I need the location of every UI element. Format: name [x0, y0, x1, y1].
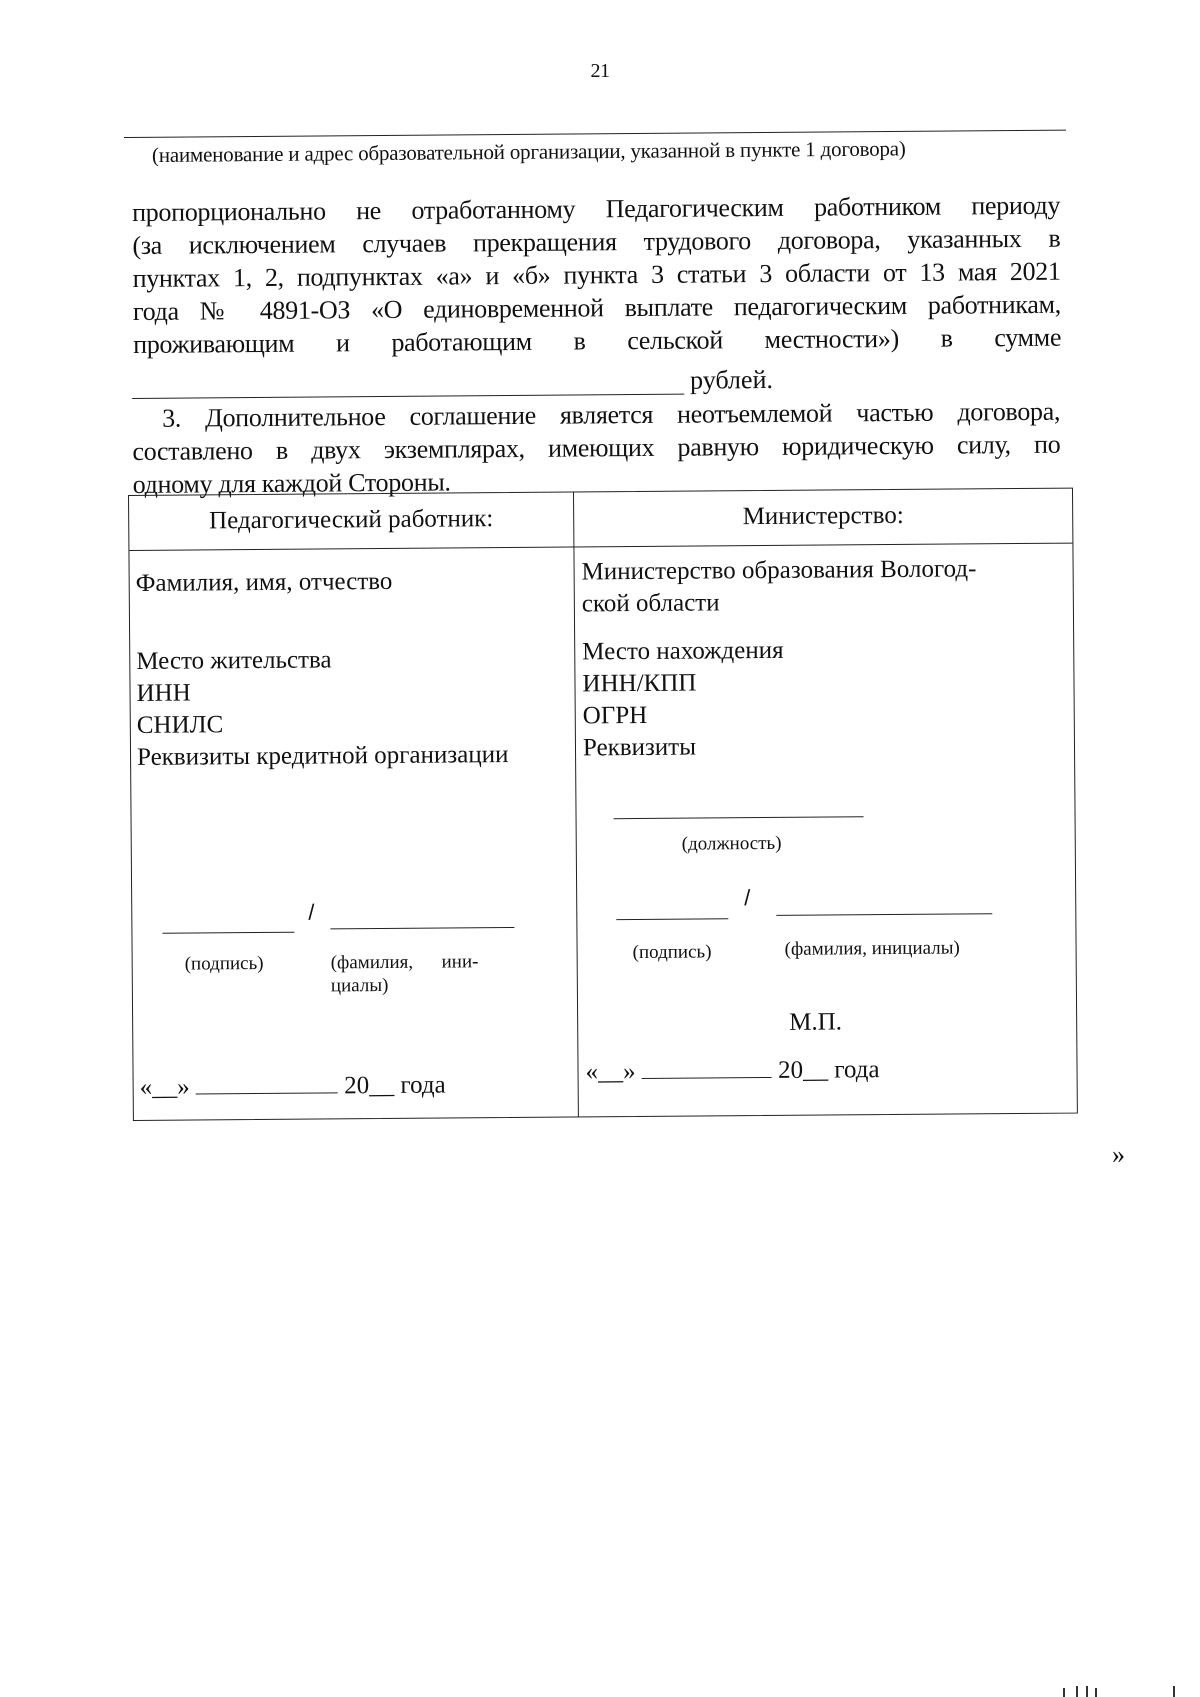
ministry-name-caption: (фамилия, инициалы)	[785, 937, 960, 960]
teacher-signature-line[interactable]	[162, 932, 294, 934]
teacher-name-caption-cont: циалы)	[331, 975, 389, 997]
ministry-position-line[interactable]	[614, 816, 864, 819]
ministry-date-row: «__» 20__ года	[585, 1054, 879, 1086]
scan-artifact	[1086, 1686, 1088, 1697]
teacher-name-caption: (фамилия, ини-	[331, 951, 479, 974]
date-day[interactable]: «__»	[140, 1074, 190, 1101]
scan-artifact	[1095, 1688, 1097, 1697]
ministry-name-line2: ской области	[582, 587, 720, 620]
field-bank-details: Реквизиты кредитной организации	[137, 739, 509, 774]
teacher-name-line[interactable]	[330, 927, 514, 929]
column-divider	[573, 492, 579, 1116]
scan-artifact	[1076, 1686, 1078, 1697]
field-snils: СНИЛС	[137, 709, 224, 742]
scan-artifact	[1173, 1686, 1175, 1697]
org-name-blank-line[interactable]	[124, 130, 1066, 138]
field-inn: ИНН	[136, 678, 190, 710]
page-number: 21	[0, 60, 1200, 83]
paragraph-line: проживающим и работающим в сельской мест…	[133, 321, 1061, 361]
ministry-position-caption: (должность)	[682, 833, 782, 856]
header-ministry: Министерство:	[573, 501, 1073, 533]
paragraph-3: 3. Дополнительное соглашение является не…	[132, 395, 1061, 501]
scan-artifact	[1063, 1688, 1065, 1697]
field-ogrn: ОГРН	[583, 700, 648, 733]
date-day[interactable]: «__»	[585, 1058, 635, 1085]
signature-table: Педагогический работник: Министерство: Ф…	[128, 488, 1078, 1121]
ministry-signature-line[interactable]	[616, 918, 728, 920]
ministry-name-line[interactable]	[776, 913, 992, 916]
teacher-date-row: «__» 20__ года	[140, 1070, 446, 1102]
separator-slash: /	[744, 885, 750, 911]
org-caption: (наименование и адрес образовательной ор…	[152, 136, 906, 168]
field-inn-kpp: ИНН/КПП	[582, 668, 696, 701]
header-teacher: Педагогический работник:	[129, 505, 573, 536]
field-location: Место нахождения	[582, 635, 784, 669]
ministry-signature-caption: (подпись)	[633, 941, 712, 964]
teacher-signature-caption: (подпись)	[185, 953, 264, 976]
closing-quote: »	[1112, 1140, 1125, 1170]
stamp-placeholder: М.П.	[789, 1006, 842, 1038]
date-year[interactable]: 20__ года	[778, 1056, 880, 1084]
amount-unit: рублей.	[690, 365, 773, 396]
separator-slash: /	[308, 900, 314, 926]
amount-row: рублей.	[132, 366, 692, 402]
ministry-name-line1: Министерство образования Вологод-	[581, 553, 976, 588]
field-details: Реквизиты	[583, 732, 696, 765]
date-month-blank[interactable]	[196, 1070, 338, 1094]
paragraph-2-tail: пропорционально не отработанному Педагог…	[132, 189, 1061, 361]
date-year[interactable]: 20__ года	[344, 1072, 446, 1100]
date-month-blank[interactable]	[642, 1055, 772, 1079]
table-header-row: Педагогический работник: Министерство:	[129, 489, 1072, 551]
field-full-name: Фамилия, имя, отчество	[136, 566, 393, 600]
field-residence: Место жительства	[136, 644, 331, 678]
